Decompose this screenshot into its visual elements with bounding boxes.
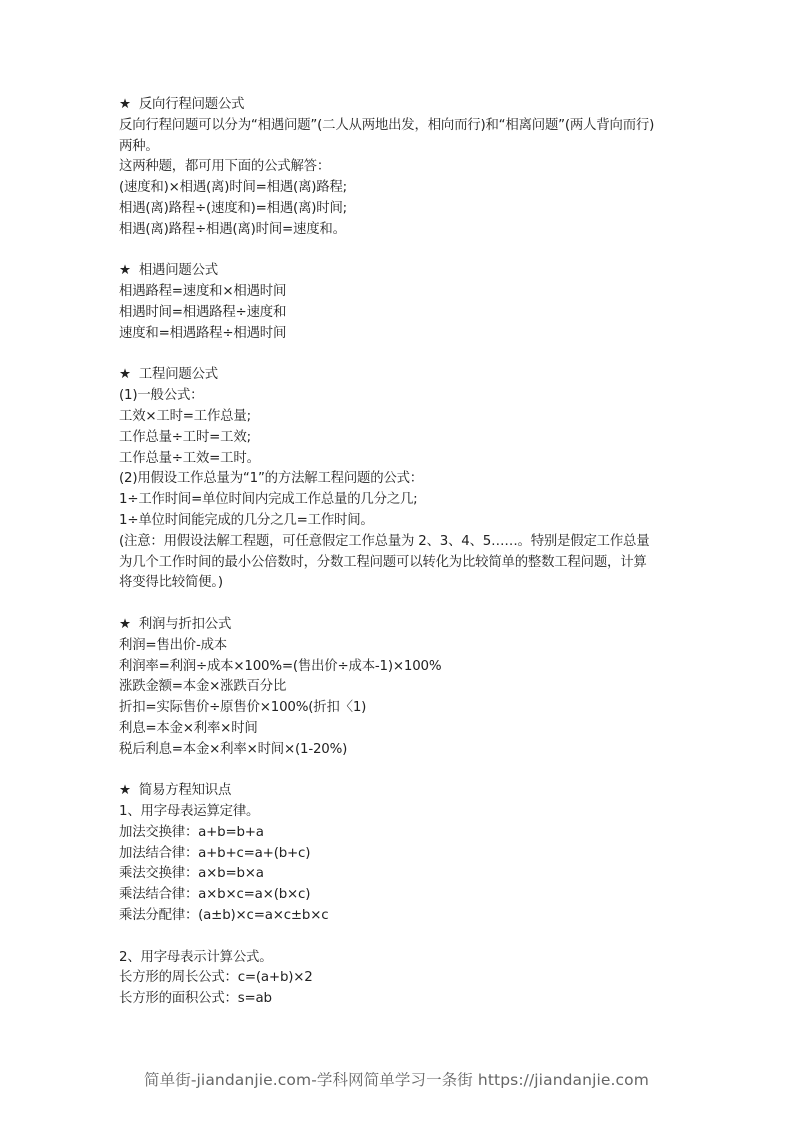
star-icon: ★	[119, 783, 131, 798]
section-title: 反向行程问题公式	[139, 97, 245, 112]
spacer	[119, 927, 679, 948]
spacer	[119, 345, 679, 366]
text-line: 2、用字母表示计算公式。	[119, 948, 679, 969]
formula-line: 加法结合律：a+b+c=a+(b+c)	[119, 844, 679, 865]
spacer	[119, 594, 679, 615]
formula-line: 折扣=实际售价÷原售价×100%(折扣〈1)	[119, 698, 679, 719]
star-icon: ★	[119, 263, 131, 278]
formula-line: 速度和=相遇路程÷相遇时间	[119, 324, 679, 345]
formula-line: 长方形的周长公式：c=(a+b)×2	[119, 968, 679, 989]
footer-watermark: 简单街-jiandanjie.com-学科网简单学习一条街 https://ji…	[0, 1068, 793, 1090]
document-body: ★反向行程问题公式 反向行程问题可以分为“相遇问题”(二人从两地出发，相向而行)…	[119, 95, 679, 1010]
formula-line: 乘法分配律：(a±b)×c=a×c±b×c	[119, 906, 679, 927]
section-title: 相遇问题公式	[139, 263, 218, 278]
formula-line: 加法交换律：a+b=b+a	[119, 823, 679, 844]
text-line: 1、用字母表运算定律。	[119, 802, 679, 823]
formula-line: 工作总量÷工效=工时。	[119, 449, 679, 470]
formula-line: 利息=本金×利率×时间	[119, 719, 679, 740]
star-icon: ★	[119, 617, 131, 632]
star-icon: ★	[119, 367, 131, 382]
section-heading: ★反向行程问题公式	[119, 95, 679, 116]
section-title: 利润与折扣公式	[139, 617, 231, 632]
formula-line: 长方形的面积公式：s=ab	[119, 989, 679, 1010]
section-heading: ★工程问题公式	[119, 365, 679, 386]
note-line: 为几个工作时间的最小公倍数时，分数工程问题可以转化为比较简单的整数工程问题，计算	[119, 553, 679, 574]
section-title: 工程问题公式	[139, 367, 218, 382]
formula-line: 工作总量÷工时=工效;	[119, 428, 679, 449]
formula-line: 相遇(离)路程÷相遇(离)时间=速度和。	[119, 220, 679, 241]
formula-line: 乘法交换律：a×b=b×a	[119, 864, 679, 885]
formula-line: 乘法结合律：a×b×c=a×(b×c)	[119, 885, 679, 906]
formula-line: 利润=售出价-成本	[119, 636, 679, 657]
section-heading: ★利润与折扣公式	[119, 615, 679, 636]
text-line: (1)一般公式：	[119, 386, 679, 407]
text-line: 反向行程问题可以分为“相遇问题”(二人从两地出发，相向而行)和“相离问题”(两人…	[119, 116, 679, 137]
star-icon: ★	[119, 97, 131, 112]
formula-line: 利润率=利润÷成本×100%=(售出价÷成本-1)×100%	[119, 657, 679, 678]
formula-line: 涨跌金额=本金×涨跌百分比	[119, 677, 679, 698]
text-line: 两种。	[119, 137, 679, 158]
formula-line: 1÷单位时间能完成的几分之几=工作时间。	[119, 511, 679, 532]
text-line: (2)用假设工作总量为“1”的方法解工程问题的公式：	[119, 469, 679, 490]
note-line: 将变得比较简便。)	[119, 573, 679, 594]
section-heading: ★相遇问题公式	[119, 261, 679, 282]
section-heading: ★简易方程知识点	[119, 781, 679, 802]
formula-line: 相遇(离)路程÷(速度和)=相遇(离)时间;	[119, 199, 679, 220]
note-line: (注意：用假设法解工程题，可任意假定工作总量为 2、3、4、5……。特别是假定工…	[119, 532, 679, 553]
formula-line: 相遇路程=速度和×相遇时间	[119, 282, 679, 303]
formula-line: 1÷工作时间=单位时间内完成工作总量的几分之几;	[119, 490, 679, 511]
section-title: 简易方程知识点	[139, 783, 231, 798]
formula-line: 相遇时间=相遇路程÷速度和	[119, 303, 679, 324]
formula-line: 税后利息=本金×利率×时间×(1-20%)	[119, 740, 679, 761]
text-line: 这两种题，都可用下面的公式解答：	[119, 157, 679, 178]
formula-line: 工效×工时=工作总量;	[119, 407, 679, 428]
spacer	[119, 761, 679, 782]
spacer	[119, 241, 679, 262]
formula-line: (速度和)×相遇(离)时间=相遇(离)路程;	[119, 178, 679, 199]
